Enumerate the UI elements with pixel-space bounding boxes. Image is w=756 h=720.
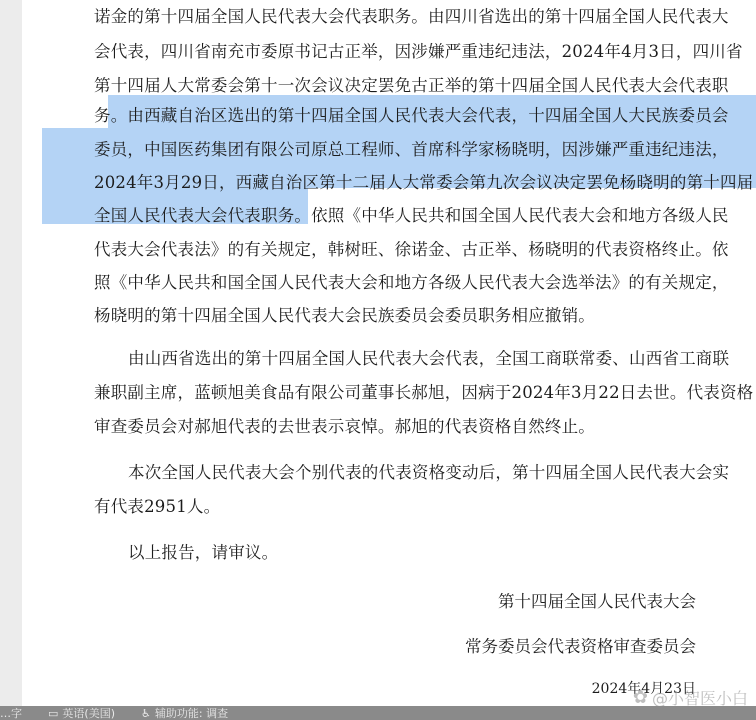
doc-para2-line-3: 审查委员会对郝旭代表的去世表示哀悼。郝旭的代表资格自然终止。 [94, 415, 595, 439]
document-page[interactable]: 诺金的第十四届全国人民代表大会代表职务。由四川省选出的第十四届全国人民代表大 会… [22, 0, 756, 706]
accessibility-text: 辅助功能: 调查 [155, 706, 228, 720]
signature-line-1: 第十四届全国人民代表大会 [498, 590, 696, 614]
doc-line-1: 诺金的第十四届全国人民代表大会代表职务。由四川省选出的第十四届全国人民代表大 [94, 5, 729, 29]
selected-text-1[interactable]: 由西藏自治区选出的第十四届全国人民代表大会代表，十四届全国人大民族委员会 [127, 106, 728, 125]
line7-suffix: 依照《中华人民共和国全国人民代表大会和地方各级人民 [311, 206, 729, 225]
signature-line-2: 常务委员会代表资格审查委员会 [465, 635, 696, 659]
doc-para2-line-1: 由山西省选出的第十四届全国人民代表大会代表，全国工商联常委、山西省工商联 [128, 347, 729, 371]
language-status[interactable]: ▭ 英语(美国) [48, 706, 115, 720]
word-count-status[interactable]: …字 [0, 706, 22, 720]
accessibility-icon: ♿ [141, 707, 151, 720]
accessibility-status[interactable]: ♿ 辅助功能: 调查 [141, 706, 228, 720]
doc-para3-line-2: 有代表2951人。 [94, 495, 220, 519]
doc-line-2: 会代表，四川省南充市委原书记古正举，因涉嫌严重违纪违法，2024年4月3日，四川… [94, 40, 743, 64]
doc-para3-line-1: 本次全国人民代表大会个别代表的代表资格变动后，第十四届全国人民代表大会实 [128, 461, 729, 485]
doc-line-8: 代表大会代表法》的有关规定，韩树旺、徐诺金、古正举、杨晓明的代表资格终止。依 [94, 238, 729, 262]
doc-line-5[interactable]: 委员，中国医药集团有限公司原总工程师、首席科学家杨晓明，因涉嫌严重违纪违法， [94, 138, 729, 162]
selected-text-4[interactable]: 全国人民代表大会代表职务。 [94, 206, 311, 225]
language-text: 英语(美国) [62, 706, 115, 720]
line4-prefix: 务。 [94, 106, 127, 125]
left-gutter [0, 0, 22, 706]
doc-line-3: 第十四届人大常委会第十一次会议决定罢免古正举的第十四届全国人民代表大会代表职 [94, 74, 729, 98]
word-processor-window: 诺金的第十四届全国人民代表大会代表职务。由四川省选出的第十四届全国人民代表大 会… [0, 0, 756, 720]
weibo-leaf-icon: ✿ [633, 687, 648, 708]
doc-closing: 以上报告，请审议。 [128, 541, 278, 565]
doc-line-10: 杨晓明的第十四届全国人民代表大会民族委员会委员职务相应撤销。 [94, 304, 595, 328]
doc-line-7: 全国人民代表大会代表职务。依照《中华人民共和国全国人民代表大会和地方各级人民 [94, 204, 729, 228]
doc-para2-line-2: 兼职副主席，蓝顿旭美食品有限公司董事长郝旭，因病于2024年3月22日去世。代表… [94, 381, 753, 405]
status-bar: …字 ▭ 英语(美国) ♿ 辅助功能: 调查 [0, 706, 756, 720]
doc-line-6[interactable]: 2024年3月29日，西藏自治区第十二届人大常委会第九次会议决定罢免杨晓明的第十… [94, 171, 753, 195]
word-count-text: …字 [0, 706, 22, 720]
doc-line-4: 务。由西藏自治区选出的第十四届全国人民代表大会代表，十四届全国人大民族委员会 [94, 104, 729, 128]
proofing-icon: ▭ [48, 707, 58, 720]
doc-line-9: 照《中华人民共和国全国人民代表大会和地方各级人民代表大会选举法》的有关规定， [94, 271, 729, 295]
